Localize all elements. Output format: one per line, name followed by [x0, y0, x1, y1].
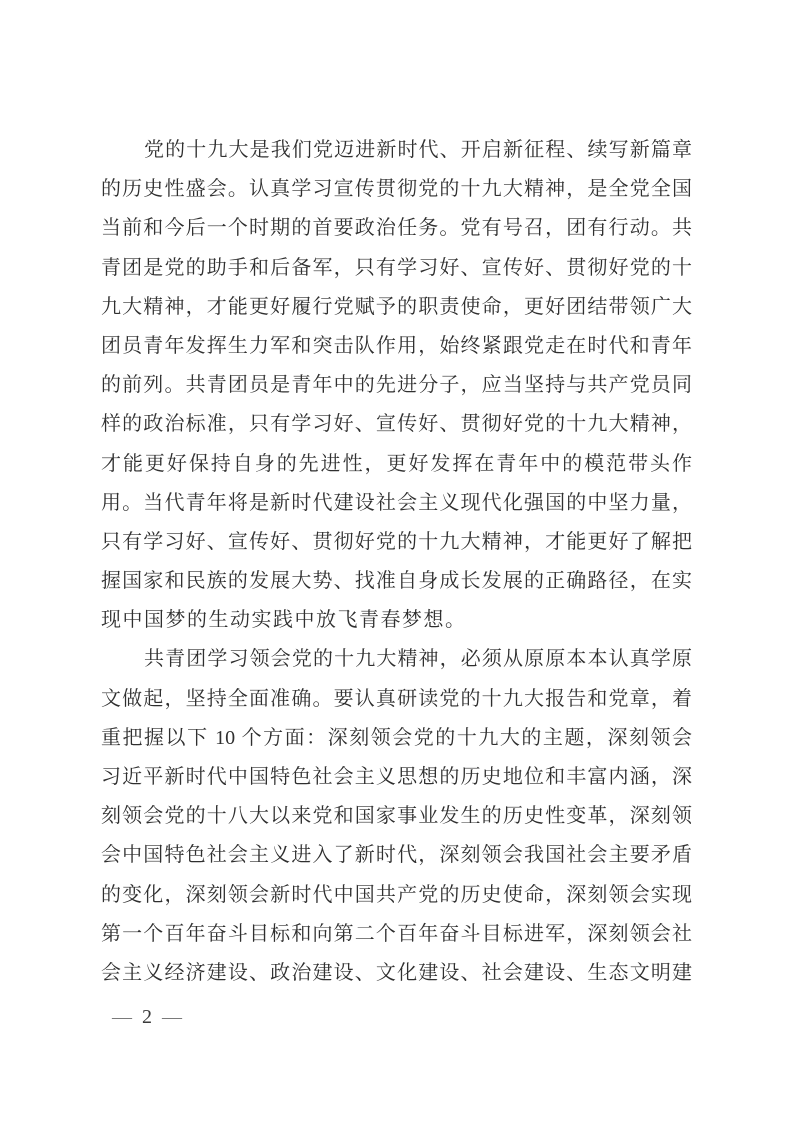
text-line: 会主义经济建设、政治建设、文化建设、社会建设、生态文明建: [101, 954, 692, 993]
page-number: —2—: [112, 1002, 182, 1032]
document-page: 党的十九大是我们党迈进新时代、开启新征程、续写新篇章 的历史性盛会。认真学习宣传…: [0, 0, 793, 1122]
text-line: 的变化，深刻领会新时代中国共产党的历史使命，深刻领会实现: [101, 876, 692, 915]
text-line: 的历史性盛会。认真学习宣传贯彻党的十九大精神，是全党全国: [101, 170, 692, 209]
text-line: 用。当代青年将是新时代建设社会主义现代化强国的中坚力量，: [101, 484, 692, 523]
text-line: 重把握以下 10 个方面：深刻领会党的十九大的主题，深刻领会: [101, 719, 692, 758]
text-line: 习近平新时代中国特色社会主义思想的历史地位和丰富内涵，深: [101, 758, 692, 797]
text-line: 会中国特色社会主义进入了新时代，深刻领会我国社会主要矛盾: [101, 836, 692, 875]
page-number-value: 2: [142, 1006, 152, 1028]
text-line: 样的政治标准，只有学习好、宣传好、贯彻好党的十九大精神，: [101, 405, 692, 444]
page-number-dash-left: —: [112, 1006, 132, 1028]
document-body: 党的十九大是我们党迈进新时代、开启新征程、续写新篇章 的历史性盛会。认真学习宣传…: [101, 131, 692, 993]
text-line: 青团是党的助手和后备军，只有学习好、宣传好、贯彻好党的十: [101, 249, 692, 288]
text-line: 握国家和民族的发展大势、找准自身成长发展的正确路径，在实: [101, 562, 692, 601]
text-line: 党的十九大是我们党迈进新时代、开启新征程、续写新篇章: [101, 131, 692, 170]
text-line: 团员青年发挥生力军和突击队作用，始终紧跟党走在时代和青年: [101, 327, 692, 366]
text-line: 共青团学习领会党的十九大精神，必须从原原本本认真学原: [101, 640, 692, 679]
text-line: 九大精神，才能更好履行党赋予的职责使命，更好团结带领广大: [101, 288, 692, 327]
text-line-paragraph-end: 现中国梦的生动实践中放飞青春梦想。: [101, 601, 692, 640]
page-number-dash-right: —: [162, 1006, 182, 1028]
text-line: 的前列。共青团员是青年中的先进分子，应当坚持与共产党员同: [101, 366, 692, 405]
text-line: 只有学习好、宣传好、贯彻好党的十九大精神，才能更好了解把: [101, 523, 692, 562]
text-line: 刻领会党的十八大以来党和国家事业发生的历史性变革，深刻领: [101, 797, 692, 836]
text-line: 当前和今后一个时期的首要政治任务。党有号召，团有行动。共: [101, 209, 692, 248]
text-line: 第一个百年奋斗目标和向第二个百年奋斗目标进军，深刻领会社: [101, 915, 692, 954]
text-line: 才能更好保持自身的先进性，更好发挥在青年中的模范带头作: [101, 445, 692, 484]
text-line: 文做起，坚持全面准确。要认真研读党的十九大报告和党章，着: [101, 680, 692, 719]
